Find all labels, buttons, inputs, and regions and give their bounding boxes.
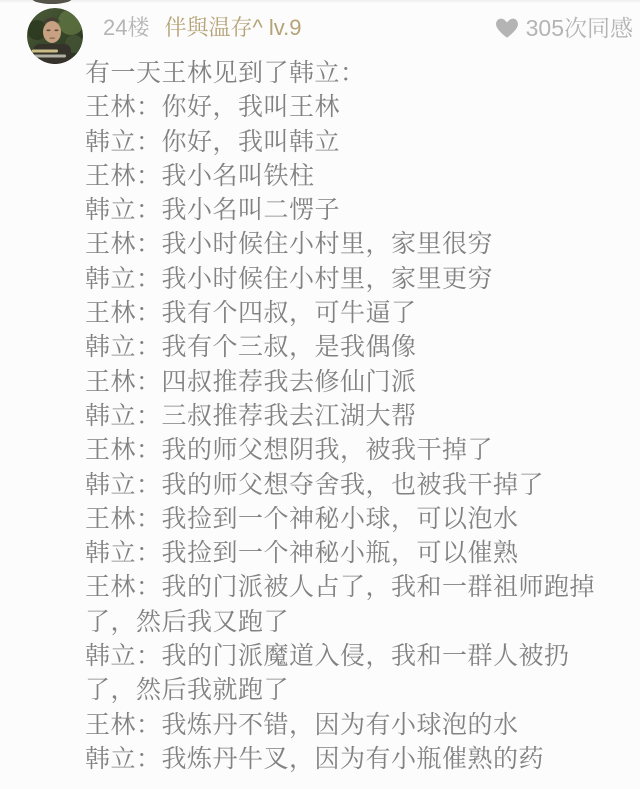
like-button[interactable]: 305次同感 [495, 12, 633, 44]
post-paragraph: 王林：我有个四叔，可牛逼了 [85, 296, 613, 330]
post-paragraph: 王林：我捡到一个神秘小球，可以泡水 [85, 502, 613, 536]
comment-body: 有一天王林见到了韩立：王林：你好，我叫王林韩立：你好，我叫韩立王林：我小名叫铁柱… [85, 56, 613, 776]
comment-card: 24楼 伴與温存^ lv.9 305次同感 有一天王林见到了韩立：王林：你好，我… [0, 0, 640, 789]
post-paragraph: 韩立：三叔推荐我去江湖大帮 [85, 399, 613, 433]
post-paragraph: 韩立：我的门派魔道入侵，我和一群人被扔了，然后我就跑了 [85, 639, 613, 708]
post-paragraph: 韩立：我小名叫二愣子 [85, 193, 613, 227]
post-paragraph: 王林：四叔推荐我去修仙门派 [85, 365, 613, 399]
previous-row-avatar-edge [32, 0, 72, 4]
post-paragraph: 王林：我小时候住小村里，家里很穷 [85, 227, 613, 261]
username[interactable]: 伴與温存^ lv.9 [164, 12, 301, 44]
like-count: 305次同感 [526, 12, 633, 44]
post-paragraph: 王林：我的门派被人占了，我和一群祖师跑掉了，然后我又跑了 [85, 570, 613, 639]
post-paragraph: 王林：我小名叫铁柱 [85, 159, 613, 193]
post-paragraph: 韩立：我有个三叔，是我偶像 [85, 330, 613, 364]
post-paragraph: 有一天王林见到了韩立： [85, 56, 613, 90]
avatar-image [27, 8, 83, 64]
top-divider [0, 0, 640, 3]
post-paragraph: 韩立：我小时候住小村里，家里更穷 [85, 262, 613, 296]
post-paragraph: 韩立：我炼丹牛叉，因为有小瓶催熟的药 [85, 742, 613, 776]
post-paragraph: 韩立：我的师父想夺舍我，也被我干掉了 [85, 468, 613, 502]
post-paragraph: 王林：你好，我叫王林 [85, 90, 613, 124]
avatar[interactable] [27, 8, 83, 64]
heart-icon [495, 17, 519, 39]
post-paragraph: 韩立：我捡到一个神秘小瓶，可以催熟 [85, 536, 613, 570]
post-paragraph: 韩立：你好，我叫韩立 [85, 125, 613, 159]
post-paragraph: 王林：我的师父想阴我，被我干掉了 [85, 433, 613, 467]
comment-header: 24楼 伴與温存^ lv.9 305次同感 [103, 12, 633, 44]
post-paragraph: 王林：我炼丹不错，因为有小球泡的水 [85, 708, 613, 742]
floor-label: 24楼 [103, 12, 149, 44]
